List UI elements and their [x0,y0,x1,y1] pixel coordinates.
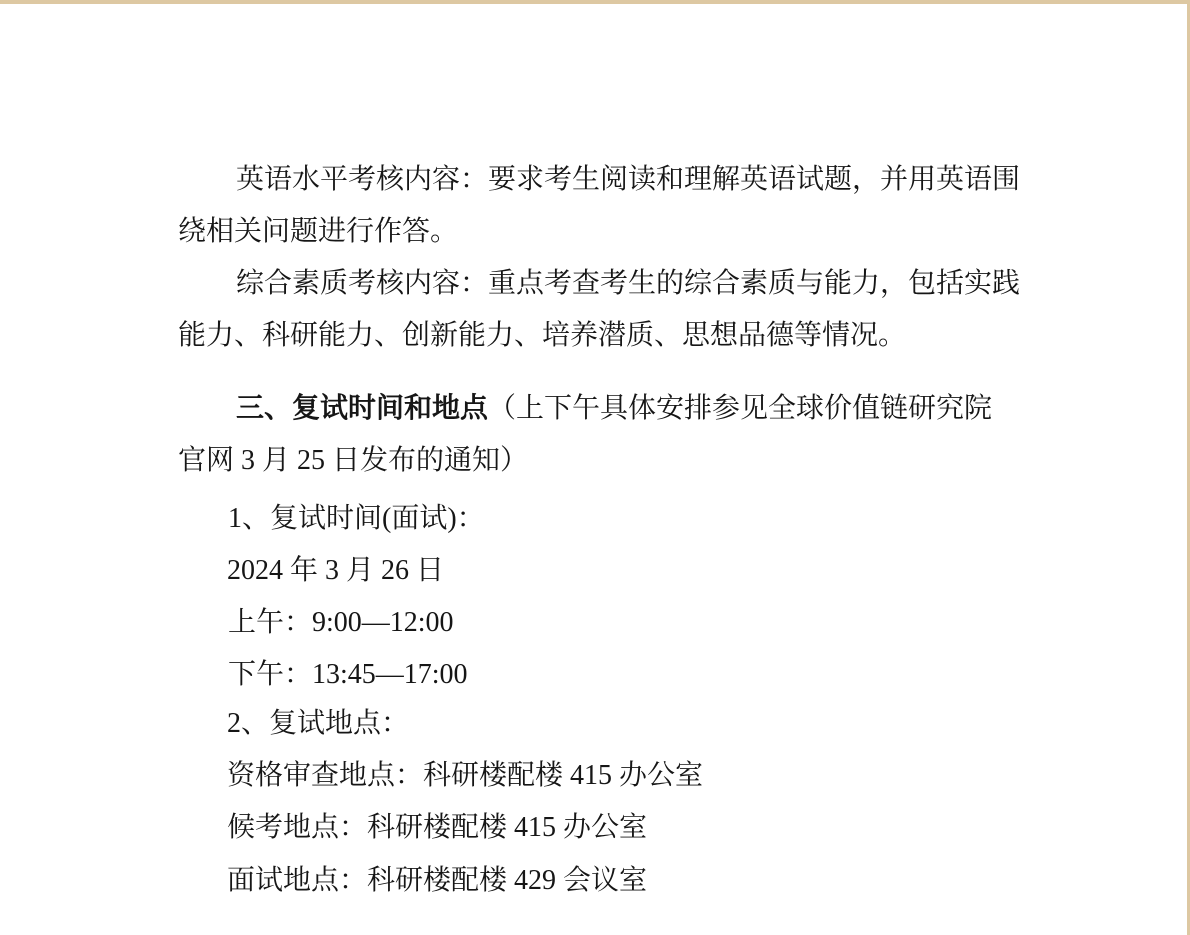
section3-heading-note-line1: （上下午具体安排参见全球价值链研究院 [488,393,992,424]
morning-time-range: 上午：9:00—12:00 [228,607,454,639]
section3-heading-note-line2: 官网 3 月 25 日发布的通知） [178,445,528,477]
location-waiting-room: 候考地点：科研楼配楼 415 办公室 [227,812,647,844]
interview-date: 2024 年 3 月 26 日 [227,555,444,587]
afternoon-time-range: 下午：13:45—17:00 [228,659,468,691]
item2-interview-location-label: 2、复试地点： [227,708,409,740]
paragraph-english-assessment-line2: 绕相关问题进行作答。 [178,216,458,248]
document-page: 英语水平考核内容：要求考生阅读和理解英语试题，并用英语围 绕相关问题进行作答。 … [0,0,1190,935]
paragraph-english-assessment-line1: 英语水平考核内容：要求考生阅读和理解英语试题，并用英语围 [236,164,1020,196]
location-qualification-review: 资格审查地点：科研楼配楼 415 办公室 [227,760,703,792]
page-top-edge [0,0,1190,4]
paragraph-comprehensive-assessment-line1: 综合素质考核内容：重点考查考生的综合素质与能力，包括实践 [236,268,1020,300]
location-interview-room: 面试地点：科研楼配楼 429 会议室 [227,865,647,897]
section3-heading-line: 三、复试时间和地点（上下午具体安排参见全球价值链研究院 [236,393,992,425]
item1-interview-time-label: 1、复试时间(面试)： [228,503,485,535]
section3-heading-title: 三、复试时间和地点 [236,393,488,424]
paragraph-comprehensive-assessment-line2: 能力、科研能力、创新能力、培养潜质、思想品德等情况。 [178,320,906,352]
